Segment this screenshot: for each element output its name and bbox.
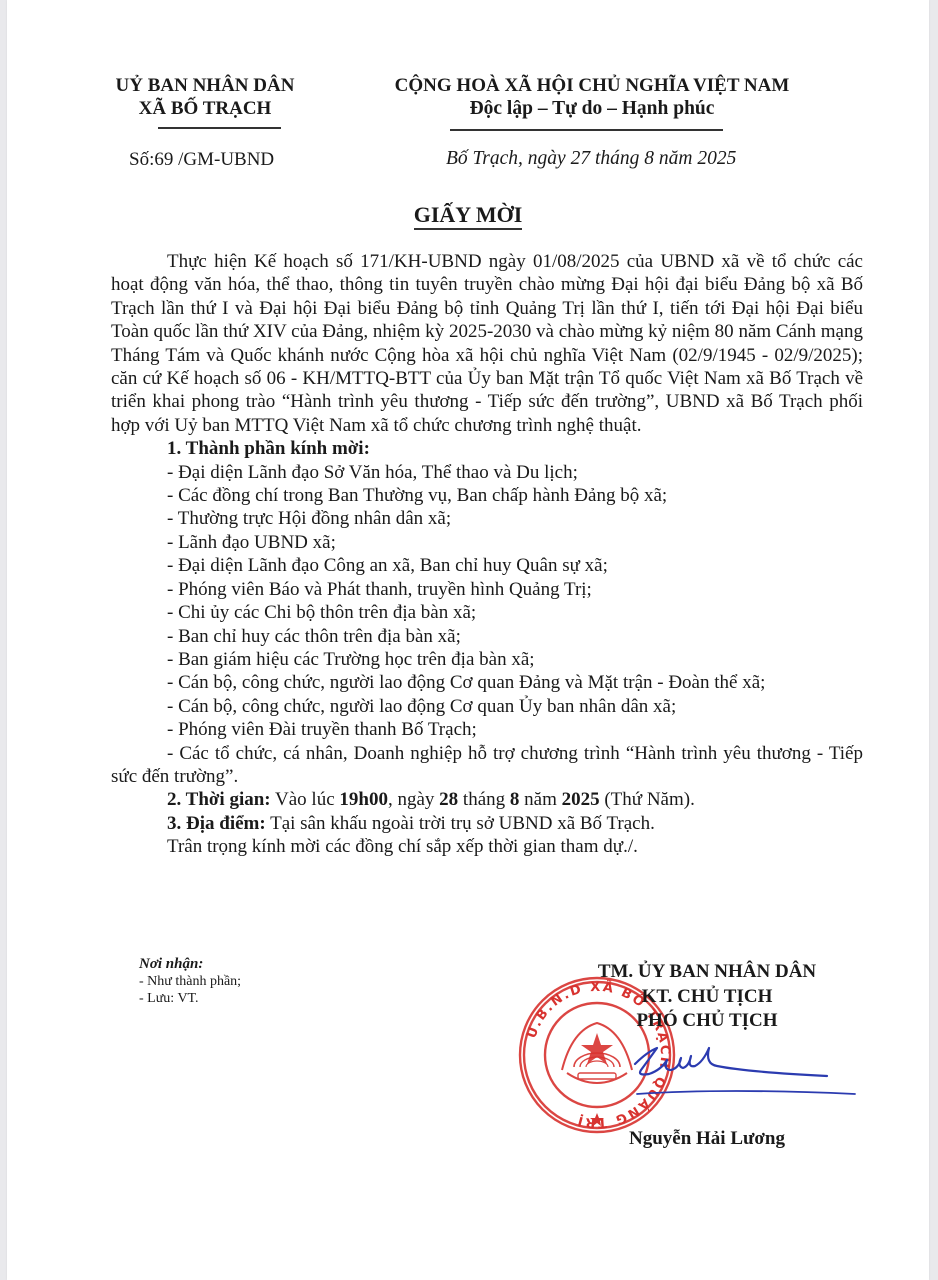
motto-underline — [450, 129, 723, 131]
recipient-item: - Như thành phần; — [139, 973, 241, 990]
list-item: - Chi ủy các Chi bộ thôn trên địa bàn xã… — [111, 601, 863, 624]
section2-time: 2. Thời gian: Vào lúc 19h00, ngày 28 thá… — [111, 788, 863, 811]
list-item: - Các tổ chức, cá nhân, Doanh nghiệp hỗ … — [111, 742, 863, 789]
agency-line1: UỶ BAN NHÂN DÂN — [110, 74, 300, 97]
signature-title: TM. ỦY BAN NHÂN DÂN KT. CHỦ TỊCH PHÓ CHỦ… — [547, 960, 867, 1034]
list-item: - Ban chỉ huy các thôn trên địa bàn xã; — [111, 625, 863, 648]
document-page: UỶ BAN NHÂN DÂN XÃ BỐ TRẠCH CỘNG HOÀ XÃ … — [7, 0, 929, 1280]
recipients-label: Nơi nhận: — [139, 956, 241, 973]
issuing-agency: UỶ BAN NHÂN DÂN XÃ BỐ TRẠCH — [110, 74, 300, 120]
recipients-block: Nơi nhận: - Như thành phần; - Lưu: VT. — [139, 956, 241, 1007]
closing-line: Trân trọng kính mời các đồng chí sắp xếp… — [111, 835, 863, 858]
section3-location: 3. Địa điểm: Tại sân khấu ngoài trời trụ… — [111, 812, 863, 835]
agency-underline — [158, 127, 281, 129]
list-item: - Phóng viên Đài truyền thanh Bố Trạch; — [111, 718, 863, 741]
nation-title: CỘNG HOÀ XÃ HỘI CHỦ NGHĨA VIỆT NAM — [362, 74, 822, 97]
list-item: - Đại diện Lãnh đạo Sở Văn hóa, Thể thao… — [111, 461, 863, 484]
document-number: Số:69 /GM-UBND — [129, 149, 274, 171]
signer-name: Nguyễn Hải Lương — [547, 1128, 867, 1150]
document-title: GIẤY MỜI — [7, 202, 929, 228]
national-header: CỘNG HOÀ XÃ HỘI CHỦ NGHĨA VIỆT NAM Độc l… — [362, 74, 822, 120]
place-date: Bố Trạch, ngày 27 tháng 8 năm 2025 — [446, 148, 736, 170]
handwritten-signature-icon — [627, 1030, 857, 1110]
nation-motto: Độc lập – Tự do – Hạnh phúc — [362, 97, 822, 120]
list-item: - Cán bộ, công chức, người lao động Cơ q… — [111, 671, 863, 694]
list-item: - Các đồng chí trong Ban Thường vụ, Ban … — [111, 484, 863, 507]
list-item: - Lãnh đạo UBND xã; — [111, 531, 863, 554]
list-item: - Thường trực Hội đồng nhân dân xã; — [111, 507, 863, 530]
list-item: - Cán bộ, công chức, người lao động Cơ q… — [111, 695, 863, 718]
sign-line1: TM. ỦY BAN NHÂN DÂN — [547, 960, 867, 985]
list-item: - Phóng viên Báo và Phát thanh, truyền h… — [111, 578, 863, 601]
recipient-item: - Lưu: VT. — [139, 990, 241, 1007]
intro-paragraph: Thực hiện Kế hoạch số 171/KH-UBND ngày 0… — [111, 250, 863, 437]
list-item: - Ban giám hiệu các Trường học trên địa … — [111, 648, 863, 671]
document-body: Thực hiện Kế hoạch số 171/KH-UBND ngày 0… — [111, 250, 863, 859]
agency-line2: XÃ BỐ TRẠCH — [110, 97, 300, 120]
list-item: - Đại diện Lãnh đạo Công an xã, Ban chỉ … — [111, 554, 863, 577]
section1-heading: 1. Thành phần kính mời: — [111, 437, 863, 460]
sign-line2: KT. CHỦ TỊCH — [547, 985, 867, 1010]
